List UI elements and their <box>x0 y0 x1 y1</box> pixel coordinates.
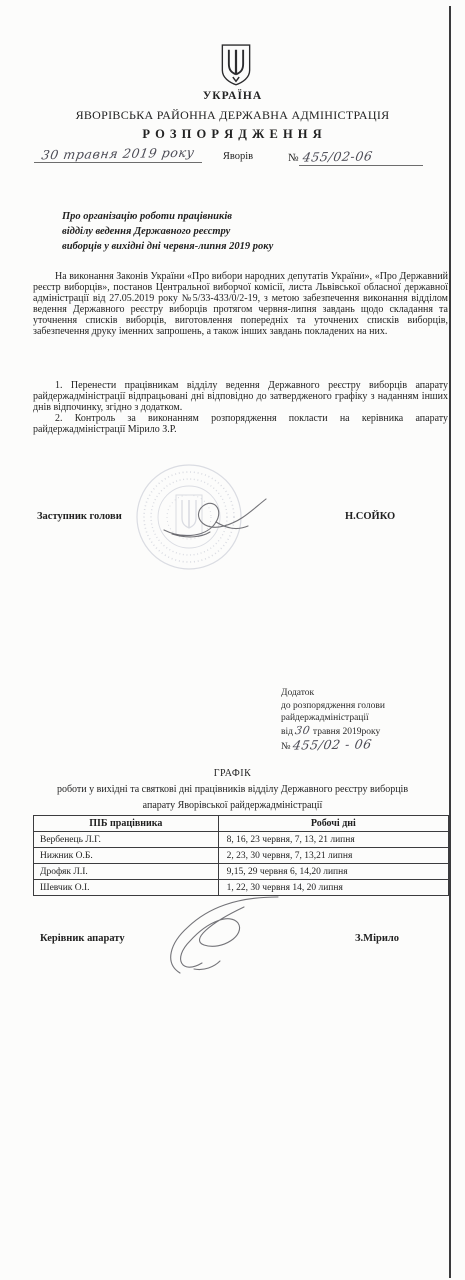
employee-name: Дрофяк Л.І. <box>34 864 219 880</box>
work-schedule-table: ПІБ працівника Робочі дні Вербенець Л.Г.… <box>33 815 449 896</box>
schedule-subtitle-2: апарату Яворівської райдержадміністрації <box>0 800 465 811</box>
table-row: Нижник О.Б. 2, 23, 30 червня, 7, 13,21 л… <box>34 848 449 864</box>
table-row: Дрофяк Л.І. 9,15, 29 червня 6, 14,20 лип… <box>34 864 449 880</box>
employee-name: Нижник О.Б. <box>34 848 219 864</box>
decree-title-line: Про організацію роботи працівників <box>62 209 392 224</box>
scanned-decree-page: УКРАЇНА ЯВОРІВСЬКА РАЙОННА ДЕРЖАВНА АДМІ… <box>0 0 465 1280</box>
employee-days: 9,15, 29 червня 6, 14,20 липня <box>218 864 448 880</box>
appendix-reference: Додаток до розпорядження голови райдержа… <box>281 687 446 754</box>
scan-edge-line <box>449 6 451 1278</box>
handwritten-day: 30 <box>294 724 311 737</box>
place-name: Яворів <box>198 151 278 162</box>
number-sign: № <box>288 152 299 164</box>
signer-name: З.Мірило <box>355 933 399 944</box>
appendix-line: райдержадміністрації <box>281 712 446 725</box>
signer-position: Керівник апарату <box>40 933 125 944</box>
schedule-title: ГРАФІК <box>0 768 465 779</box>
appendix-line: Додаток <box>281 687 446 700</box>
employee-name: Вербенець Л.Г. <box>34 832 219 848</box>
decree-item-2: 2. Контроль за виконанням розпорядження … <box>33 413 448 435</box>
handwritten-date: 30 травня 2019 року <box>34 146 202 163</box>
employee-days: 8, 16, 23 червня, 7, 13, 21 липня <box>218 832 448 848</box>
appendix-number-line: № 455/02 - 06 <box>281 739 446 754</box>
signature-stroke-icon <box>158 486 270 550</box>
document-type-heading: Р О З П О Р Я Д Ж Е Н Н Я <box>0 127 465 142</box>
ukraine-trident-emblem-icon <box>220 44 252 86</box>
intro-paragraph: На виконання Законів України «Про вибори… <box>33 271 448 337</box>
decree-item-1: 1. Перенести працівникам відділу ведення… <box>33 380 448 413</box>
column-header-name: ПІБ працівника <box>34 816 219 832</box>
employee-days: 2, 23, 30 червня, 7, 13,21 липня <box>218 848 448 864</box>
signer-position: Заступник голови <box>37 511 122 522</box>
country-name: УКРАЇНА <box>0 90 465 102</box>
decree-items: 1. Перенести працівникам відділу ведення… <box>33 380 448 435</box>
signature-stroke-icon <box>160 893 284 977</box>
administration-name: ЯВОРІВСЬКА РАЙОННА ДЕРЖАВНА АДМІНІСТРАЦІ… <box>0 108 465 123</box>
decree-title: Про організацію роботи працівників відді… <box>62 209 392 254</box>
appendix-line: до розпорядження голови <box>281 700 446 713</box>
column-header-days: Робочі дні <box>218 816 448 832</box>
handwritten-number: 455/02-06 <box>301 148 373 164</box>
date-place-number-row: 30 травня 2019 року Яворів №455/02-06 <box>0 146 465 168</box>
signer-name: Н.СОЙКО <box>345 511 395 522</box>
handwritten-appendix-number: 455/02 - 06 <box>292 738 373 752</box>
decree-title-line: відділу ведення Державного реєстру <box>62 224 392 239</box>
table-header-row: ПІБ працівника Робочі дні <box>34 816 449 832</box>
table-row: Вербенець Л.Г. 8, 16, 23 червня, 7, 13, … <box>34 832 449 848</box>
document-number: №455/02-06 <box>288 149 434 166</box>
decree-title-line: виборців у вихідні дні червня-липня 2019… <box>62 239 392 254</box>
schedule-subtitle-1: роботи у вихідні та святкові дні працівн… <box>0 784 465 795</box>
